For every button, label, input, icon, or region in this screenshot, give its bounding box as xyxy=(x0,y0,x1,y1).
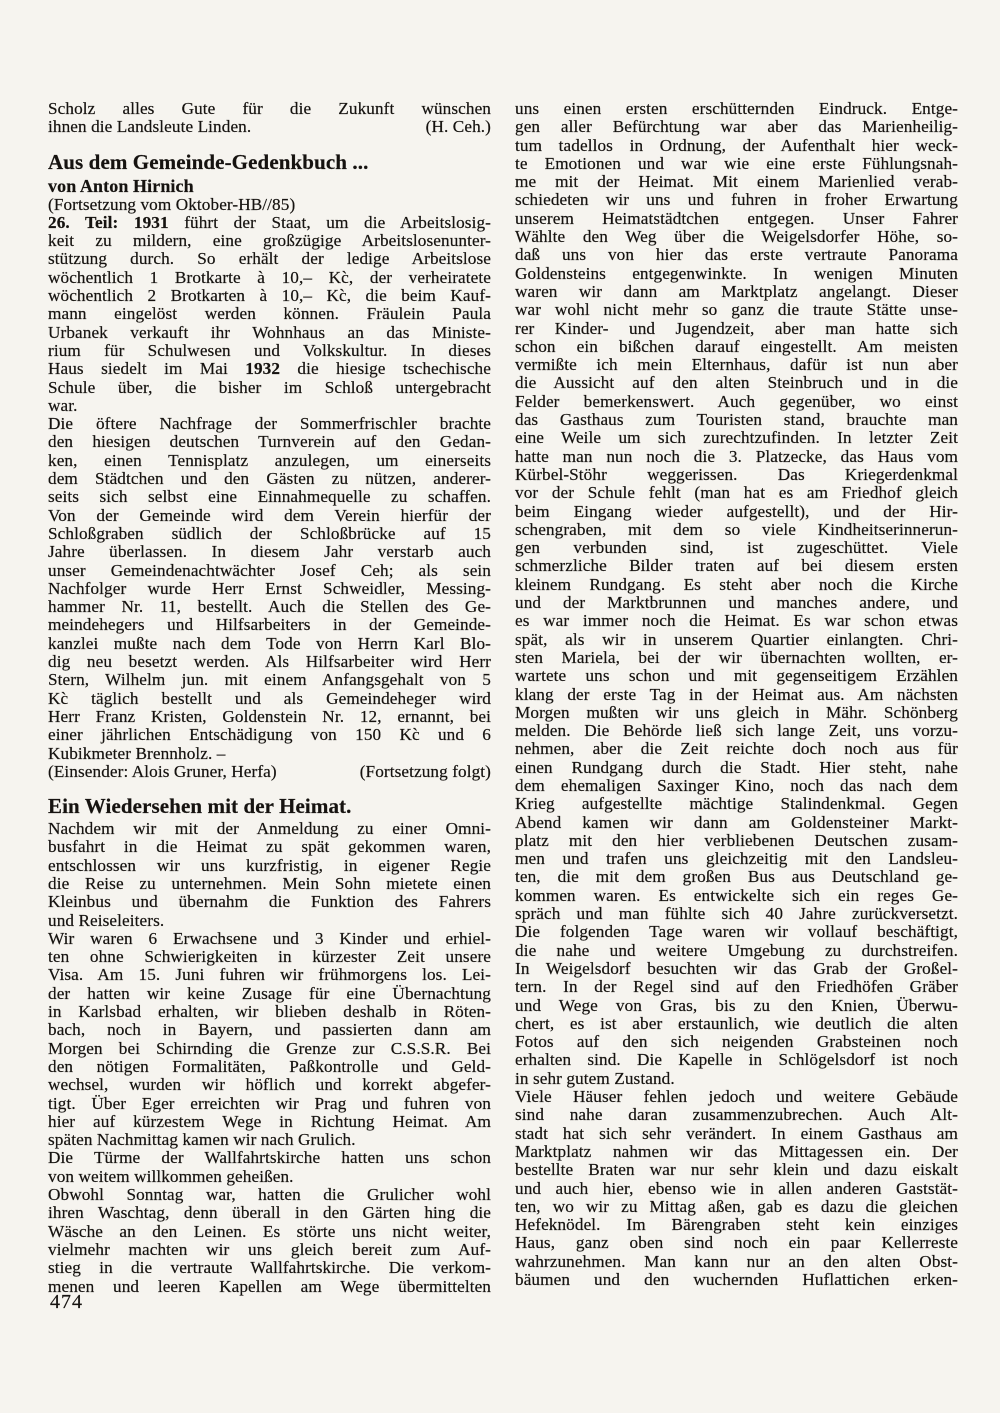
text-line: das Gasthaus zum Touristen stand, brauch… xyxy=(515,411,958,429)
text-line: wartete uns schon und mit gegenseitigem … xyxy=(515,667,958,685)
text-line: gen aller Befürchtung war aber das Marie… xyxy=(515,118,958,136)
text-line: Schule über, die bisher im Schloß unterg… xyxy=(48,379,491,397)
text-line: te Emotionen und war wie eine erste Fühl… xyxy=(515,155,958,173)
text-line: 26. Teil: 1931 führt der Staat, um die A… xyxy=(48,214,491,232)
paragraph: uns einen ersten erschütternden Eindruck… xyxy=(515,100,958,1088)
text-left: (Einsender: Alois Gruner, Herfa) xyxy=(48,763,277,781)
text-line: entschlossen wir uns kurzfristig, in eig… xyxy=(48,857,491,875)
text-line: kommen waren. Es entwickelte sich ein re… xyxy=(515,887,958,905)
text-line: hier auf kürzestem Wege in Richtung Heim… xyxy=(48,1113,491,1131)
text-line: men und trafen uns gleichzeitig mit den … xyxy=(515,850,958,868)
section-heading: Aus dem Gemeinde-Gedenkbuch ... xyxy=(48,149,491,175)
text-line: Scholz alles Gute für die Zukunft wünsch… xyxy=(48,100,491,118)
paragraph: (Fortsetzung vom Oktober-HB//85) xyxy=(48,196,491,214)
text-line: hatte man nun noch die 3. Platzecke, das… xyxy=(515,448,958,466)
text-line: Stern, Wilhelm jun. mit einem Anfangsgeh… xyxy=(48,671,491,689)
text-line: Kürbel-Stöhr weggerissen. Das Kriegerden… xyxy=(515,466,958,484)
text-line: Jahre überlassen. In diesem Jahr verstar… xyxy=(48,543,491,561)
paragraph: Die Türme der Wallfahrtskirche hatten un… xyxy=(48,1149,491,1186)
paragraph: Die öftere Nachfrage der Sommerfrischler… xyxy=(48,415,491,763)
text-line: beim Eingang wieder aufgestellt), und de… xyxy=(515,503,958,521)
text-line: ihnen die Landsleute Linden.(H. Ceh.) xyxy=(48,118,491,136)
text-line: Krieg aufgestellte mächtige Stalindenkma… xyxy=(515,795,958,813)
text-line: Haus siedelt im Mai 1932 die hiesige tsc… xyxy=(48,360,491,378)
text-line: Fotos auf den sich neigenden Grabsteinen… xyxy=(515,1033,958,1051)
text-line: Urbanek verkauft ihr Wohnhaus an das Min… xyxy=(48,324,491,342)
text-line: rer Kinder- und Jugendzeit, aber man hat… xyxy=(515,320,958,338)
text-line: schengraben, mit dem so viele Kindheitse… xyxy=(515,521,958,539)
text-line: hammer Nr. 11, bestellt. Auch die Stelle… xyxy=(48,598,491,616)
text-line: wöchentlich 2 Brotkarten à 10,– Kc̀, die… xyxy=(48,287,491,305)
text-line: ihren Waschtag, denn überall in den Gärt… xyxy=(48,1204,491,1222)
text-line: schon ein bißchen darauf eingestellt. Am… xyxy=(515,338,958,356)
text-line: späten Nachmittag kamen wir nach Grulich… xyxy=(48,1131,491,1149)
text-line: ten ohne Schwierigkeiten in kürzester Ze… xyxy=(48,948,491,966)
text-left: ihnen die Landsleute Linden. xyxy=(48,118,251,136)
text-line: busfahrt in die Heimat zu spät gekommen … xyxy=(48,838,491,856)
paragraph: Nachdem wir mit der Anmeldung zu einer O… xyxy=(48,820,491,930)
text-line: Von der Gemeinde wird dem Verein hierfür… xyxy=(48,507,491,525)
text-line: stadt hat sich sehr verändert. In einem … xyxy=(515,1125,958,1143)
text-line: wechsel, wurden wir höflich und korrekt … xyxy=(48,1076,491,1094)
text-line: wöchentlich 1 Brotkarte à 10,– Kc̀, der … xyxy=(48,269,491,287)
text-line: daß uns von hier das erste vertraute Pan… xyxy=(515,246,958,264)
text-line: ken, einen Tennisplatz anzulegen, um ein… xyxy=(48,452,491,470)
text-line: Die Türme der Wallfahrtskirche hatten un… xyxy=(48,1149,491,1167)
text-line: Kleinbus und übernahm die Funktion des F… xyxy=(48,893,491,911)
text-line: vor der Schule fehlt (man hat es am Frie… xyxy=(515,484,958,502)
text-line: stützung durch. So erhält der ledige Arb… xyxy=(48,250,491,268)
text-line: schiedeten wir uns und fuhren in froher … xyxy=(515,191,958,209)
text-line: stieg in die vertraute Wallfahrtskirche.… xyxy=(48,1259,491,1277)
text-line: dem ehemaligen Saxinger Kino, noch das n… xyxy=(515,777,958,795)
text-right: (H. Ceh.) xyxy=(426,118,491,136)
text-line: in sehr gutem Zustand. xyxy=(515,1070,958,1088)
text-line: wahrzunehmen. Man kann nur an den alten … xyxy=(515,1253,958,1271)
text-line: Viele Häuser fehlen jedoch und weitere G… xyxy=(515,1088,958,1106)
text-line: Morgen mußten wir uns gleich in Mähr. Sc… xyxy=(515,704,958,722)
text-line: nehmen, aber die Zeit reichte doch noch … xyxy=(515,740,958,758)
text-line: unser Gemeindenachtwächter Josef Ceh; al… xyxy=(48,562,491,580)
text-line: menen und leeren Kapellen am Wege übermi… xyxy=(48,1278,491,1296)
text-line: bach, noch in Bayern, und passierten dan… xyxy=(48,1021,491,1039)
text-line: war wohl nicht mehr so ganz die traute S… xyxy=(515,301,958,319)
section-heading: Ein Wiedersehen mit der Heimat. xyxy=(48,793,491,819)
text-line: In Weigelsdorf besuchten wir das Grab de… xyxy=(515,960,958,978)
paragraph: Scholz alles Gute für die Zukunft wünsch… xyxy=(48,100,491,137)
text-line: Morgen bei Schirnding die Grenze zur C.S… xyxy=(48,1040,491,1058)
text-line: Visa. Am 15. Juni fuhren wir frühmorgens… xyxy=(48,966,491,984)
text-line: vielmehr machten wir uns gleich bereit z… xyxy=(48,1241,491,1259)
text-line: Wäsche an den Leinen. Es störte uns nich… xyxy=(48,1223,491,1241)
text-line: von weitem willkommen geheißen. xyxy=(48,1168,491,1186)
text-line: Nachfolger wurde Herr Ernst Schweidler, … xyxy=(48,580,491,598)
text-line: unserem Heimatstädtchen entgegen. Unser … xyxy=(515,210,958,228)
text-line: Wählte den Weg über die Weigelsdorfer Hö… xyxy=(515,228,958,246)
text-line: Kc̀ täglich bestellt und als Gemeindeheg… xyxy=(48,690,491,708)
text-line: spräch und man fühlte sich 40 Jahre zurü… xyxy=(515,905,958,923)
right-column: uns einen ersten erschütternden Eindruck… xyxy=(515,100,958,1289)
text-line: Schloßgraben südlich der Schloßbrücke au… xyxy=(48,525,491,543)
text-line: sind nahe daran zusammenzubrechen. Auch … xyxy=(515,1106,958,1124)
text-line: einen Rundgang durch die Stadt. Hier ste… xyxy=(515,759,958,777)
text-line: Kubikmeter Brennholz. – xyxy=(48,745,491,763)
text-line: (Einsender: Alois Gruner, Herfa)(Fortset… xyxy=(48,763,491,781)
text-line: von Anton Hirnich xyxy=(48,176,491,196)
text-right: (Fortsetzung folgt) xyxy=(360,763,491,781)
text-line: und der Marktbrunnen und manches andere,… xyxy=(515,594,958,612)
text-line: rium für Schulwesen und Volkskultur. In … xyxy=(48,342,491,360)
text-line: bestellte Braten war nur sehr klein und … xyxy=(515,1161,958,1179)
paragraph: Obwohl Sonntag war, hatten die Grulicher… xyxy=(48,1186,491,1296)
text-line: ten, wo wir zu Mittag aßen, gab es dazu … xyxy=(515,1198,958,1216)
text-line: erhalten sind. Die Kapelle in Schlögelsd… xyxy=(515,1051,958,1069)
text-line: Marktplatz nahmen wir das Mittagessen ei… xyxy=(515,1143,958,1161)
text-line: vermißte ich mein Elternhaus, dafür ist … xyxy=(515,356,958,374)
text-line: meindehegers und Hilfsarbeiters in der G… xyxy=(48,616,491,634)
text-line: tigt. Über Eger erreichten wir Prag und … xyxy=(48,1095,491,1113)
text-line: den hiesigen deutschen Turnverein auf de… xyxy=(48,433,491,451)
text-line: bäumen und den wuchernden Huflattichen e… xyxy=(515,1271,958,1289)
text-line: der hatten wir keine Zusage für eine Übe… xyxy=(48,985,491,1003)
text-line: mann eingelöst werden können. Fräulein P… xyxy=(48,305,491,323)
text-line: seits sich selbst eine Einnahmequelle zu… xyxy=(48,488,491,506)
text-line: den nötigen Formalitäten, Paßkontrolle u… xyxy=(48,1058,491,1076)
text-line: melden. Die Behörde ließ sich lange Zeit… xyxy=(515,722,958,740)
text-line: Nachdem wir mit der Anmeldung zu einer O… xyxy=(48,820,491,838)
paragraph: Viele Häuser fehlen jedoch und weitere G… xyxy=(515,1088,958,1289)
text-line: keit zu mildern, eine großzügige Arbeits… xyxy=(48,232,491,250)
text-line: Obwohl Sonntag war, hatten die Grulicher… xyxy=(48,1186,491,1204)
text-line: spät, als wir in unserem Quartier einlan… xyxy=(515,631,958,649)
text-line: me mit der Heimat. Mit einem Marienlied … xyxy=(515,173,958,191)
paragraph: Wir waren 6 Erwachsene und 3 Kinder und … xyxy=(48,930,491,1150)
text-line: waren wir dann am Marktplatz angelangt. … xyxy=(515,283,958,301)
text-line: und Reiseleiters. xyxy=(48,912,491,930)
text-line: Goldensteins entgegenwinkte. In wenigen … xyxy=(515,265,958,283)
text-line: dem Städtchen und den Gästen zu nützen, … xyxy=(48,470,491,488)
text-line: Wir waren 6 Erwachsene und 3 Kinder und … xyxy=(48,930,491,948)
text-line: tum tadellos in Ordnung, der Aufenthalt … xyxy=(515,137,958,155)
text-line: uns einen ersten erschütternden Eindruck… xyxy=(515,100,958,118)
text-line: und Wege von Gras, bis zu den Knien, Übe… xyxy=(515,997,958,1015)
text-line: kanzlei mußte nach dem Tode von Herrn Ka… xyxy=(48,635,491,653)
text-line: es war immer noch die Heimat. Es war sch… xyxy=(515,612,958,630)
text-line: sten Mariela, bei der wir übernachten wo… xyxy=(515,649,958,667)
text-line: (Fortsetzung vom Oktober-HB//85) xyxy=(48,196,491,214)
text-line: Ein Wiedersehen mit der Heimat. xyxy=(48,793,491,819)
text-line: dig neu besetzt werden. Als Hilfsarbeite… xyxy=(48,653,491,671)
text-line: war. xyxy=(48,397,491,415)
text-line: kleinem Rundgang. Es steht aber noch die… xyxy=(515,576,958,594)
text-line: ten, die mit dem großen Bus aus Deutschl… xyxy=(515,868,958,886)
text-line: in Karlsbad erhalten, wir blieben deshal… xyxy=(48,1003,491,1021)
text-line: Herr Franz Kristen, Goldenstein Nr. 12, … xyxy=(48,708,491,726)
text-line: gen verbunden sind, ist zugeschüttet. Vi… xyxy=(515,539,958,557)
text-line: Die öftere Nachfrage der Sommerfrischler… xyxy=(48,415,491,433)
text-line: und auch hier, ebenso wie in allen ander… xyxy=(515,1180,958,1198)
text-line: Hefeknödel. Im Bärengraben steht kein ei… xyxy=(515,1216,958,1234)
text-line: Abend kamen wir dann am Goldensteiner Ma… xyxy=(515,814,958,832)
text-line: chert, es ist aber erstaunlich, wie deut… xyxy=(515,1015,958,1033)
text-line: eine Weile um sich zurechtzufinden. In l… xyxy=(515,429,958,447)
section-subheading: von Anton Hirnich xyxy=(48,176,491,196)
text-line: Haus, ganz oben sind noch ein paar Kelle… xyxy=(515,1234,958,1252)
text-line: einer jährlichen Entschädigung von 150 K… xyxy=(48,726,491,744)
paragraph: (Einsender: Alois Gruner, Herfa)(Fortset… xyxy=(48,763,491,781)
text-line: platz mit den hier verbliebenen Deutsche… xyxy=(515,832,958,850)
text-line: die Aussicht auf den alten Steinbruch un… xyxy=(515,374,958,392)
text-line: schmerzliche Bilder traten auf bei diese… xyxy=(515,557,958,575)
text-line: Aus dem Gemeinde-Gedenkbuch ... xyxy=(48,149,491,175)
text-line: die nahe und weitere Umgebung zu durchst… xyxy=(515,942,958,960)
text-line: Die folgenden Tage waren wir vollauf bes… xyxy=(515,923,958,941)
text-line: Felder bemerkenswert. Auch gegenüber, wo… xyxy=(515,393,958,411)
paragraph: 26. Teil: 1931 führt der Staat, um die A… xyxy=(48,214,491,415)
text-line: tern. In der Regel sind auf den Friedhöf… xyxy=(515,978,958,996)
scanned-document-page: Scholz alles Gute für die Zukunft wünsch… xyxy=(0,0,1000,1413)
text-line: die Reise zu unternehmen. Mein Sohn miet… xyxy=(48,875,491,893)
left-column: Scholz alles Gute für die Zukunft wünsch… xyxy=(48,100,491,1296)
page-number: 474 xyxy=(50,1291,83,1314)
text-line: klang der erste Tag in der Heimat aus. A… xyxy=(515,686,958,704)
